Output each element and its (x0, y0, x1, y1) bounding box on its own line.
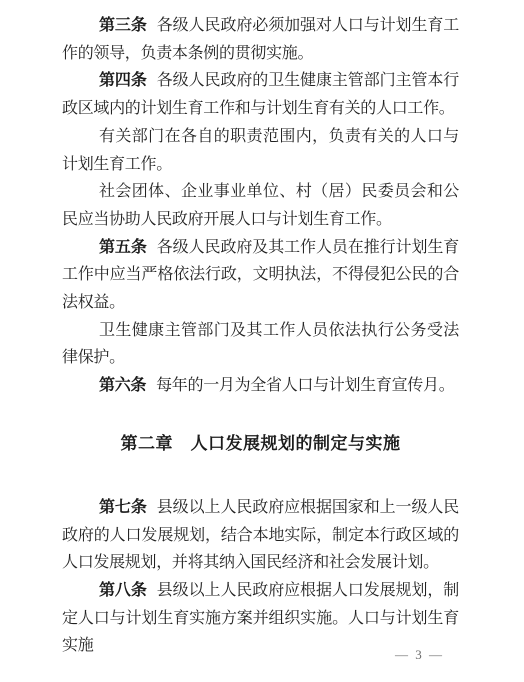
article-paragraph: 第六条每年的一月为全省人口与计划生育宣传月。 (62, 372, 459, 400)
article-number: 第三条 (99, 17, 147, 34)
body-paragraph: 卫生健康主管部门及其工作人员依法执行公务受法律保护。 (62, 317, 459, 372)
articles-section-2: 第七条县级以上人民政府应根据国家和上一级人民政府的人口发展规划，结合本地实际，制… (62, 494, 459, 660)
document-page: 第三条各级人民政府必须加强对人口与计划生育工作的领导，负责本条例的贯彻实施。第四… (0, 0, 524, 682)
chapter-heading: 第二章 人口发展规划的制定与实施 (62, 432, 459, 456)
article-number: 第五条 (99, 239, 147, 256)
page-number: — 3 — (395, 647, 444, 663)
article-paragraph: 第三条各级人民政府必须加强对人口与计划生育工作的领导，负责本条例的贯彻实施。 (62, 12, 459, 67)
body-paragraph: 社会团体、企业事业单位、村（居）民委员会和公民应当协助人民政府开展人口与计划生育… (62, 178, 459, 233)
article-number: 第八条 (99, 582, 147, 599)
article-number: 第四条 (99, 72, 147, 89)
article-number: 第六条 (99, 377, 146, 394)
article-paragraph: 第四条各级人民政府的卫生健康主管部门主管本行政区域内的计划生育工作和与计划生育有… (62, 67, 459, 122)
body-paragraph: 有关部门在各自的职责范围内，负责有关的人口与计划生育工作。 (62, 123, 459, 178)
article-text: 每年的一月为全省人口与计划生育宣传月。 (156, 377, 454, 394)
article-paragraph: 第五条各级人民政府及其工作人员在推行计划生育工作中应当严格依法行政，文明执法，不… (62, 234, 459, 317)
article-text: 社会团体、企业事业单位、村（居）民委员会和公民应当协助人民政府开展人口与计划生育… (62, 183, 459, 228)
article-paragraph: 第七条县级以上人民政府应根据国家和上一级人民政府的人口发展规划，结合本地实际，制… (62, 494, 459, 577)
article-number: 第七条 (99, 499, 147, 516)
article-text: 有关部门在各自的职责范围内，负责有关的人口与计划生育工作。 (62, 128, 459, 173)
articles-section-1: 第三条各级人民政府必须加强对人口与计划生育工作的领导，负责本条例的贯彻实施。第四… (62, 12, 459, 400)
article-text: 卫生健康主管部门及其工作人员依法执行公务受法律保护。 (62, 322, 459, 367)
document-body: 第三条各级人民政府必须加强对人口与计划生育工作的领导，负责本条例的贯彻实施。第四… (62, 12, 459, 660)
